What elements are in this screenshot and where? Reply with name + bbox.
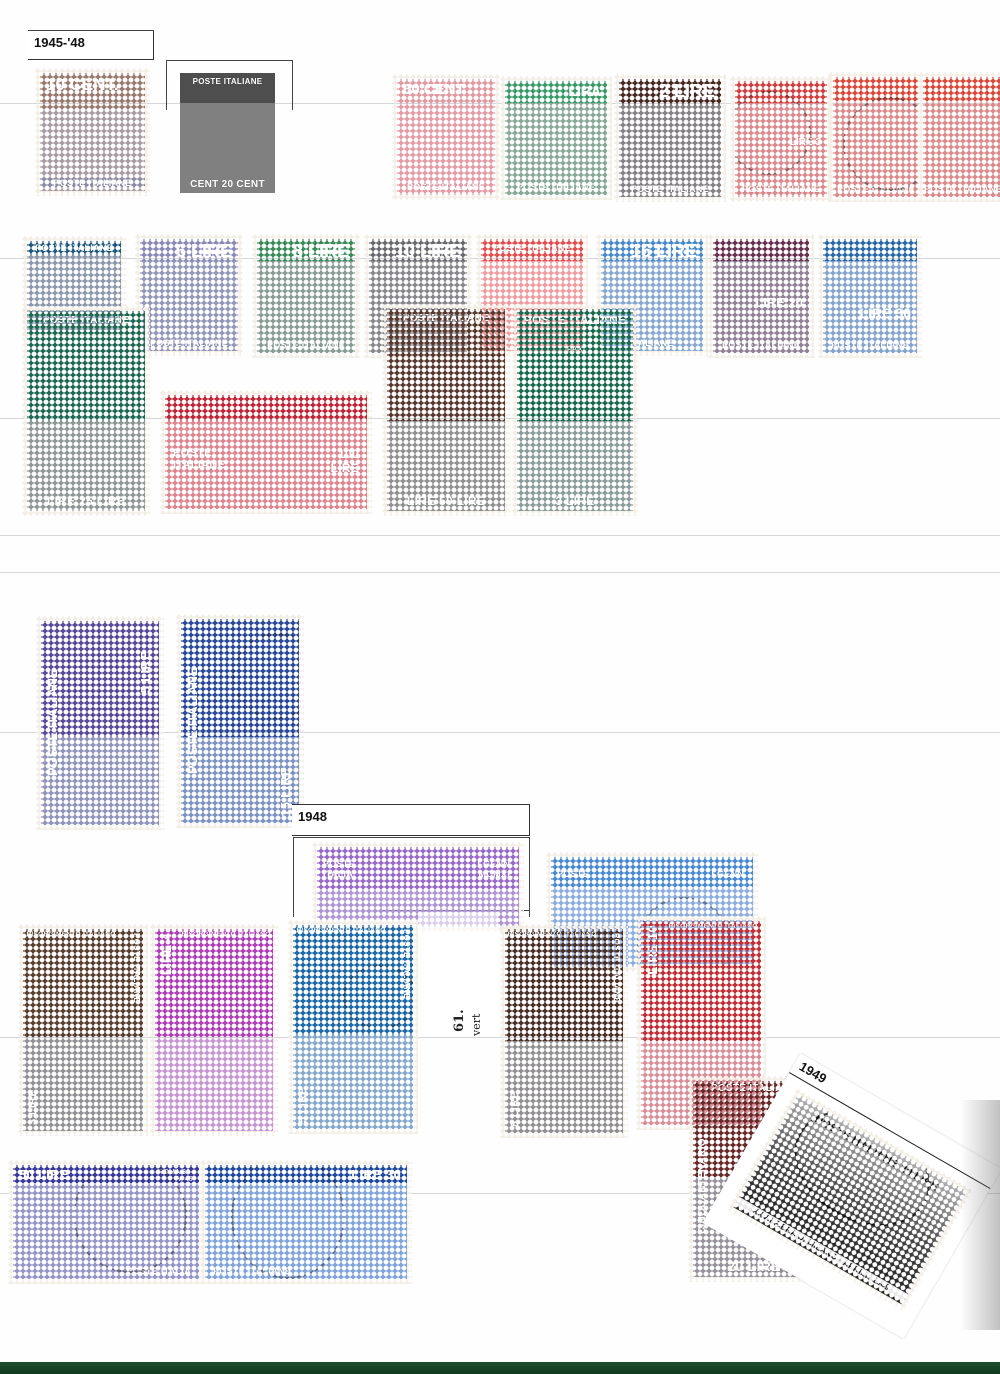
- stamp-inscription: POSTE ITALIANE: [735, 184, 827, 194]
- stamp-inscription: RISORGIMENTO ITALIANO: [179, 931, 273, 938]
- stamp-inscription: POSTE ITALIANE: [505, 182, 607, 192]
- stamp-10-cent: 10 CENT. POSTE ITALIANE: [35, 68, 150, 196]
- stamp-inscription: POSTE ITALIANE: [27, 243, 121, 253]
- stamp-inscription: I GENN.: [687, 869, 747, 879]
- stamp-inscription: POSTE ITALIANE: [612, 933, 621, 1003]
- stamp-30-lire: LIRE 30 POSTE ITALIANE: [818, 234, 922, 358]
- album-binding-edge: [0, 1362, 1000, 1374]
- stamp-inscription: RISORGIMENTO ITALIANO: [665, 923, 761, 930]
- stamp-value: 8 LIRE: [509, 1091, 521, 1127]
- stamp-inscription: POSTE ITALIANE: [140, 338, 238, 348]
- section-label-1948: 1948: [292, 804, 530, 836]
- strip-line: [0, 535, 1000, 536]
- margin-note-number: 61.: [452, 1009, 467, 1032]
- stamp-value: CENT 20 CENT: [180, 179, 275, 190]
- section-label-1945-48: 1945-'48: [28, 30, 154, 60]
- section-label-1949: 1949: [797, 1059, 830, 1086]
- stamp-inscription: RISORGIMENTO ITALIANO: [293, 927, 389, 934]
- stamp-value: LIRE 30: [351, 1167, 401, 1182]
- margin-note-text: vert: [470, 1014, 483, 1036]
- stamp-roma-50-lire: 50 LIRE ROMA 30-IV-49 POSTE ITALIA: [8, 1160, 204, 1284]
- stamp-6-lire: 6 LIRE POSTE ITALIANE: [135, 234, 243, 356]
- stamp-inscription: POSTE: [557, 869, 617, 879]
- stamp-inscription: PAX: [517, 345, 633, 354]
- stamp-8-lire: 8 LIRE POSTE ITALIANE: [252, 234, 360, 358]
- section-label-text: 1948: [298, 809, 327, 824]
- stamp-3-lire-a: LIRE 3 POSTE ITALIANE: [730, 76, 832, 202]
- stamp-1-lira: LIRA POSTE ITALIANE: [500, 76, 612, 200]
- stamp-value: LIRE 30: [860, 305, 911, 321]
- stamp-value: LIRE 3: [790, 137, 821, 148]
- stamp-value: 8 LIRE: [293, 241, 349, 262]
- stamp-inscription: POSTE ITALIA: [323, 859, 373, 879]
- stamp-inscription: POSTE ITALIANE: [481, 243, 583, 253]
- stamp-inscription: POSTE ITALIANE: [923, 184, 1000, 194]
- stamp-value: LIRE 50 LIRE: [387, 494, 505, 508]
- stamp-value: 2 LIRE: [659, 81, 715, 102]
- stamp-value: 10 CENT.: [46, 75, 119, 95]
- stamp-inscription: RISORGIMENTO ITALIANO: [505, 931, 599, 938]
- page-edge-shadow: [960, 1100, 1000, 1330]
- stamp-inscription: RISORGIMENTO ITALIANO: [23, 931, 119, 938]
- stamp-2-lire: 2 LIRE POSTE ITALIANE: [614, 74, 726, 202]
- stamp-inscription: POSTE ITALIANE: [257, 340, 355, 350]
- stamp-inscription: POSTE ITALIANE: [132, 933, 141, 1003]
- stamp-value: LIRE 25 LIRE: [27, 494, 145, 508]
- stamp-3-lire-pax: POSTE ITALIANE PAX 3 LIRE: [512, 304, 638, 516]
- stamp-value: 50 LIRE: [19, 1167, 69, 1182]
- stamp-inscription: POSTE ITALIANE: [713, 340, 809, 350]
- stamp-inscription: ROMA 30-IV-49: [153, 1169, 193, 1183]
- stamp-value: 3 LIRE: [27, 1089, 39, 1125]
- stamp-value: 5 LIRE: [297, 1087, 309, 1123]
- stamp-repubblica-5-lire: POSTE ITALIANE 5 LIRE: [36, 616, 164, 830]
- stamp-inscription: POSTE ITALIANE: [213, 1266, 291, 1276]
- stamp-value: LIRE 4: [159, 933, 174, 975]
- stamp-value: 100 LIRE: [309, 447, 359, 475]
- stamp-50-lire: POSTE ITALIANE LIRE 50 LIRE: [382, 304, 510, 516]
- stamp-inscription: POSTE ITALIANE: [833, 184, 919, 194]
- stamp-roma-30-lire: LIRE 30 POSTE ITALIANE: [200, 1160, 412, 1284]
- stamp-inscription: POSTE ITALIANE: [823, 340, 917, 350]
- stamp-100-lire: POSTE ITALIANE 100 LIRE: [160, 390, 372, 514]
- stamp-inscription: POSTE ITALIANE: [45, 627, 59, 819]
- stamp-25-lire: POSTE ITALIANE LIRE 25 LIRE: [22, 306, 150, 516]
- stamp-value: 10 LIRE: [395, 241, 461, 262]
- stamp-risorgimento-8-lire: RISORGIMENTO ITALIANO POSTE ITALIANE 8 L…: [500, 924, 628, 1138]
- album-page: 1945-'48 10 CENT. POSTE ITALIANE POSTE I…: [0, 0, 1000, 1374]
- stamp-inscription: CINQUANTENARIO: [697, 1101, 708, 1271]
- stamp-inscription: POSTE ITALIANE: [402, 929, 411, 999]
- stamp-value: 60 CENT: [403, 81, 465, 98]
- stamp-value: 6 LIRE: [176, 241, 232, 262]
- strip-line: [0, 572, 1000, 573]
- stamp-inscription: POSTE ITALIANE: [185, 625, 199, 817]
- stamp-60-cent: 60 CENT POSTE ITALIANE: [392, 74, 500, 200]
- stamp-value: 5 LIRE: [138, 651, 153, 693]
- stamp-inscription: POSTE ITALIANE: [180, 77, 275, 86]
- stamp-repubblica-15-lire: POSTE ITALIANE 15 LIRE: [176, 614, 304, 828]
- stamp-value: 15 LIRE: [278, 767, 293, 817]
- stamp-inscription: POSTE ITALIANE: [517, 313, 633, 327]
- stamp-3-lire-b: POSTE ITALIANE: [828, 72, 924, 202]
- stamp-20-cent: POSTE ITALIANE CENT 20 CENT: [180, 73, 275, 193]
- stamp-value: LIRE 20: [755, 295, 803, 310]
- stamp-value: LIRA: [568, 83, 601, 99]
- stamp-inscription: I GENN. MCMXL: [453, 859, 513, 879]
- stamp-risorgimento-4-lire: RISORGIMENTO ITALIANO LIRE 4: [150, 924, 278, 1136]
- stamp-value: 15 LIRE: [631, 241, 697, 262]
- stamp-risorgimento-5-lire: RISORGIMENTO ITALIANO POSTE ITALIANE 5 L…: [288, 920, 418, 1134]
- stamp-value: 3 LIRE: [517, 494, 633, 508]
- stamp-inscription: POSTE ITALIANE: [397, 182, 495, 192]
- stamp-inscription: POSTE ITALIANE: [27, 315, 145, 326]
- section-label-text: 1945-'48: [34, 35, 85, 50]
- stamp-inscription: POSTE ITALIANE: [173, 447, 223, 471]
- stamp-inscription: POSTE ITALIANE: [387, 313, 505, 324]
- stamp-3-lire-c: POSTE ITALIANE: [918, 72, 1000, 202]
- stamp-inscription: POSTE ITALIANE: [40, 178, 145, 188]
- stamp-inscription: POSTE ITALIANE: [619, 184, 721, 194]
- stamp-value: LIRE 10: [645, 925, 660, 975]
- stamp-risorgimento-3-lire: RISORGIMENTO ITALIANO POSTE ITALIANE 3 L…: [18, 924, 148, 1136]
- stamp-20-lire: LIRE 20 POSTE ITALIANE: [708, 234, 814, 358]
- stamp-inscription: POSTE ITALIA: [126, 1266, 191, 1276]
